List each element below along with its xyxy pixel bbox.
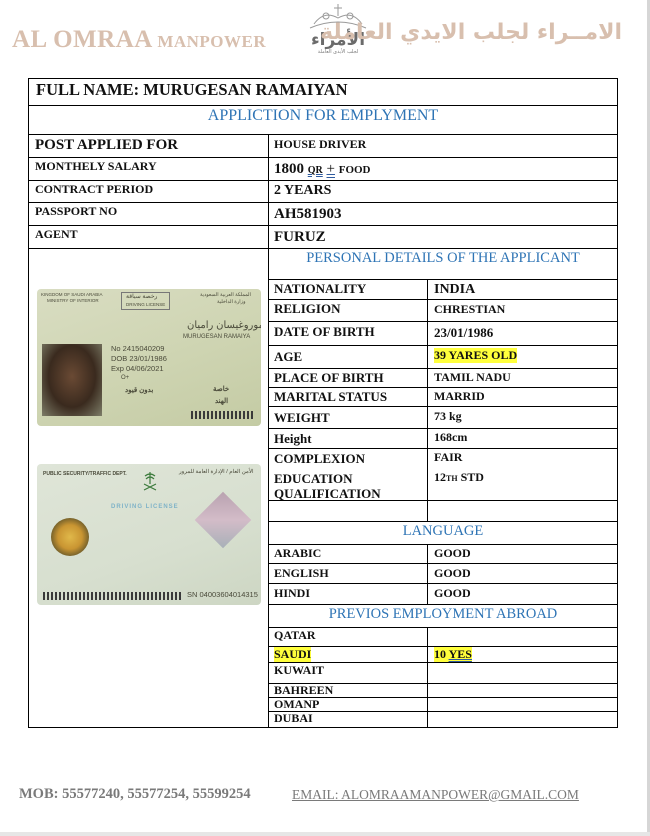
divider (268, 697, 618, 698)
label-complexion: COMPLEXION (274, 451, 365, 467)
applicant-photo (42, 344, 102, 416)
value-marital-status: MARRID (434, 389, 485, 404)
value-monthly-salary: 1800 QR + FOOD (274, 161, 371, 178)
divider (268, 583, 618, 584)
driving-license-front-image: KINGDOM OF SAUDI ARABIA MINISTRY OF INTE… (37, 289, 261, 426)
divider (28, 202, 618, 203)
value-english: GOOD (434, 566, 471, 581)
label-age: AGE (274, 349, 302, 365)
value-weight: 73 kg (434, 409, 462, 424)
divider (268, 406, 618, 407)
label-contract-period: CONTRACT PERIOD (35, 182, 153, 197)
label-bahreen: BAHREEN (274, 684, 333, 697)
hologram-icon (195, 492, 252, 549)
label-place-of-birth: PLACE OF BIRTH (274, 370, 384, 386)
divider (268, 604, 618, 605)
label-nationality: NATIONALITY (274, 281, 366, 297)
form-title: APPLICTION FOR EMPLYMENT (28, 107, 618, 125)
label-education: EDUCATION QUALIFICATION (274, 471, 381, 501)
value-date-of-birth: 23/01/1986 (434, 325, 493, 341)
divider (268, 321, 618, 322)
palm-swords-emblem-icon (143, 470, 157, 494)
label-kuwait: KUWAIT (274, 663, 324, 678)
divider (268, 521, 618, 522)
company-name-sub: MANPOWER (157, 32, 266, 51)
label-qatar: QATAR (274, 628, 316, 643)
page-bottom (0, 832, 650, 836)
value-saudi: 10 YES (434, 647, 472, 662)
label-saudi: SAUDI (274, 647, 311, 662)
value-agent: FURUZ (274, 229, 326, 246)
barcode (43, 592, 183, 600)
barcode (191, 411, 253, 419)
column-divider (427, 279, 428, 521)
value-contract-period: 2 YEARS (274, 183, 331, 199)
label-post-applied: POST APPLIED FOR (35, 137, 178, 154)
value-complexion: FAIR (434, 450, 462, 465)
label-english: ENGLISH (274, 566, 329, 581)
section-heading-language: LANGUAGE (268, 523, 618, 540)
gcc-seal-icon (51, 518, 89, 556)
divider (268, 563, 618, 564)
footer-email-link[interactable]: EMAIL: ALOMRAAMANPOWER@GMAIL.COM (292, 787, 579, 803)
label-dubai: DUBAI (274, 712, 313, 725)
label-agent: AGENT (35, 227, 78, 242)
divider (268, 627, 618, 628)
company-name-ar: الامــراء لجلب الايدي العاملة (402, 20, 622, 45)
divider (28, 180, 618, 181)
value-height: 168cm (434, 430, 467, 445)
divider (268, 299, 618, 300)
label-height: Height (274, 431, 312, 447)
divider (28, 225, 618, 226)
value-religion: CHRESTIAN (434, 302, 505, 317)
svg-text:لجلب الأيدي العاملة: لجلب الأيدي العاملة (318, 48, 359, 54)
label-omanp: OMANP (274, 698, 319, 711)
label-passport-no: PASSPORT NO (35, 204, 117, 219)
value-nationality: INDIA (434, 282, 475, 298)
label-date-of-birth: DATE OF BIRTH (274, 324, 375, 340)
section-heading-employment: PREVIOS EMPLOYMENT ABROAD (268, 606, 618, 623)
divider (268, 544, 618, 545)
value-hindi: GOOD (434, 586, 471, 601)
value-passport-no: AH581903 (274, 206, 342, 223)
label-marital-status: MARITAL STATUS (274, 389, 387, 405)
column-divider (427, 627, 428, 728)
label-monthly-salary: MONTHELY SALARY (35, 159, 157, 174)
label-arabic: ARABIC (274, 546, 321, 561)
divider (28, 248, 618, 249)
label-religion: RELIGION (274, 301, 340, 317)
divider (268, 428, 618, 429)
value-arabic: GOOD (434, 546, 471, 561)
divider (28, 134, 618, 135)
company-name-main: AL OMRAA (12, 26, 153, 53)
divider (268, 345, 618, 346)
divider (268, 279, 618, 280)
column-divider (427, 544, 428, 604)
value-education: 12TH STD (434, 470, 484, 485)
footer-mobile: MOB: 55577240, 55577254, 55599254 (19, 786, 251, 803)
value-age: 39 YARES OLD (434, 348, 517, 363)
divider (268, 711, 618, 712)
divider (268, 448, 618, 449)
divider (28, 157, 618, 158)
label-hindi: HINDI (274, 586, 310, 601)
column-divider (268, 134, 269, 728)
divider (268, 368, 618, 369)
company-name-en: AL OMRAA MANPOWER (12, 26, 266, 54)
divider (268, 387, 618, 388)
value-post-applied: HOUSE DRIVER (274, 137, 366, 152)
driving-license-back-image: PUBLIC SECURITY/TRAFFIC DEPT. الأمن العا… (37, 464, 261, 605)
divider (28, 105, 618, 106)
full-name: FULL NAME: MURUGESAN RAMAIYAN (36, 80, 348, 100)
section-heading-personal: PERSONAL DETAILS OF THE APPLICANT (268, 250, 618, 267)
label-weight: WEIGHT (274, 410, 330, 426)
value-place-of-birth: TAMIL NADU (434, 370, 511, 385)
